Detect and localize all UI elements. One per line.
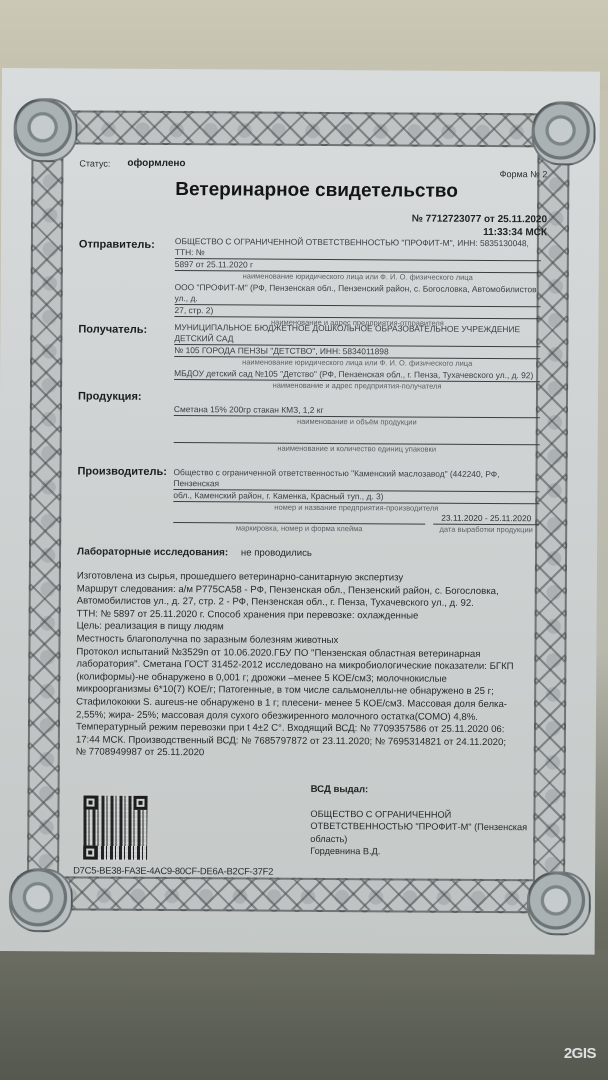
issuer-details: ОБЩЕСТВО С ОГРАНИЧЕННОЙ ОТВЕТСТВЕННОСТЬЮ… xyxy=(310,808,540,859)
qr-finder-icon xyxy=(83,796,97,810)
issuer-label: ВСД выдал: xyxy=(311,784,369,795)
ornament-corner-icon xyxy=(527,871,591,935)
product-name-caption: наименование и объём продукции xyxy=(174,416,540,427)
veterinary-certificate-paper: Статус: оформлено Форма № 2 Ветеринарное… xyxy=(0,68,600,955)
document-title: Ветеринарное свидетельство xyxy=(175,179,458,203)
qr-finder-icon xyxy=(133,796,147,810)
details-line: № 7708949987 от 25.11.2020 xyxy=(76,747,546,762)
lab-tests-label: Лабораторные исследования: xyxy=(77,546,228,558)
lab-tests: Лабораторные исследования: не проводилис… xyxy=(77,546,312,558)
marking-caption: маркировка, номер и форма клейма xyxy=(173,523,425,534)
product-packaging-caption: наименование и количество единиц упаковк… xyxy=(174,443,540,454)
sender-label: Отправитель: xyxy=(79,238,155,250)
ornament-corner-icon xyxy=(531,101,595,165)
producer-line: Общество с ограниченной ответственностью… xyxy=(173,467,539,492)
floor-background xyxy=(0,950,608,1080)
ornament-border-bottom xyxy=(17,876,577,913)
status-value: оформлено xyxy=(127,158,185,169)
certificate-time: 11:33:34 МСК xyxy=(483,227,547,238)
sender-legal-name: ОБЩЕСТВО С ОГРАНИЧЕННОЙ ОТВЕТСТВЕННОСТЬЮ… xyxy=(175,236,541,282)
recipient-address: МБДОУ детский сад №105 "Детство" (РФ, Пе… xyxy=(174,368,540,391)
recipient-legal-name-line: МУНИЦИПАЛЬНОЕ БЮДЖЕТНОЕ ДОШКОЛЬНОЕ ОБРАЗ… xyxy=(174,322,540,347)
2gis-watermark: 2GIS xyxy=(564,1045,596,1062)
certificate-details: Изготовлена из сырья, прошедшего ветерин… xyxy=(76,570,547,762)
certificate-number: № 7712723077 от 25.11.2020 xyxy=(412,214,547,226)
producer-name: Общество с ограниченной ответственностью… xyxy=(173,467,539,513)
production-dates-caption: дата выработки продукции xyxy=(433,525,539,535)
ornament-corner-icon xyxy=(13,98,77,162)
marking: маркировка, номер и форма клейма xyxy=(173,511,425,534)
recipient-label: Получатель: xyxy=(78,323,147,335)
sender-legal-name-caption: наименование юридического лица или Ф. И.… xyxy=(175,271,541,282)
qr-code xyxy=(81,793,149,861)
sender-address: ООО "ПРОФИТ-М" (РФ, Пензенская обл., Пен… xyxy=(174,282,540,328)
production-dates: 23.11.2020 - 25.11.2020 дата выработки п… xyxy=(433,513,539,535)
form-number: Форма № 2 xyxy=(500,169,548,179)
production-dates-value: 23.11.2020 - 25.11.2020 xyxy=(433,513,539,526)
issuer-signatory: Гордевнина В.Д. xyxy=(310,845,540,859)
qr-code-id: D7C5-BE38-FA3E-4AC9-80CF-DE6A-B2CF-37F2 xyxy=(73,864,273,876)
sender-legal-name-line: ОБЩЕСТВО С ОГРАНИЧЕННОЙ ОТВЕТСТВЕННОСТЬЮ… xyxy=(175,236,541,261)
ornament-border-top xyxy=(22,110,582,147)
product-label: Продукция: xyxy=(78,390,142,402)
product-packaging: наименование и количество единиц упаковк… xyxy=(174,431,540,454)
recipient-address-caption: наименование и адрес предприятия-получат… xyxy=(174,380,540,391)
ornament-border-left xyxy=(27,128,64,892)
lab-tests-value: не проводились xyxy=(241,547,312,558)
issuer-line: ОТВЕТСТВЕННОСТЬЮ "ПРОФИТ-М" (Пензенская xyxy=(310,820,540,834)
ornament-corner-icon xyxy=(9,868,73,932)
status-label: Статус: xyxy=(79,158,110,168)
sender-address-line: ООО "ПРОФИТ-М" (РФ, Пензенская обл., Пен… xyxy=(175,282,541,307)
recipient-legal-name: МУНИЦИПАЛЬНОЕ БЮДЖЕТНОЕ ДОШКОЛЬНОЕ ОБРАЗ… xyxy=(174,322,540,368)
producer-label: Производитель: xyxy=(78,465,168,478)
qr-finder-icon xyxy=(83,846,97,860)
product-name: Сметана 15% 200гр стакан КМЗ, 1,2 кг наи… xyxy=(174,404,540,427)
recipient-legal-name-caption: наименование юридического лица или Ф. И.… xyxy=(174,357,540,368)
